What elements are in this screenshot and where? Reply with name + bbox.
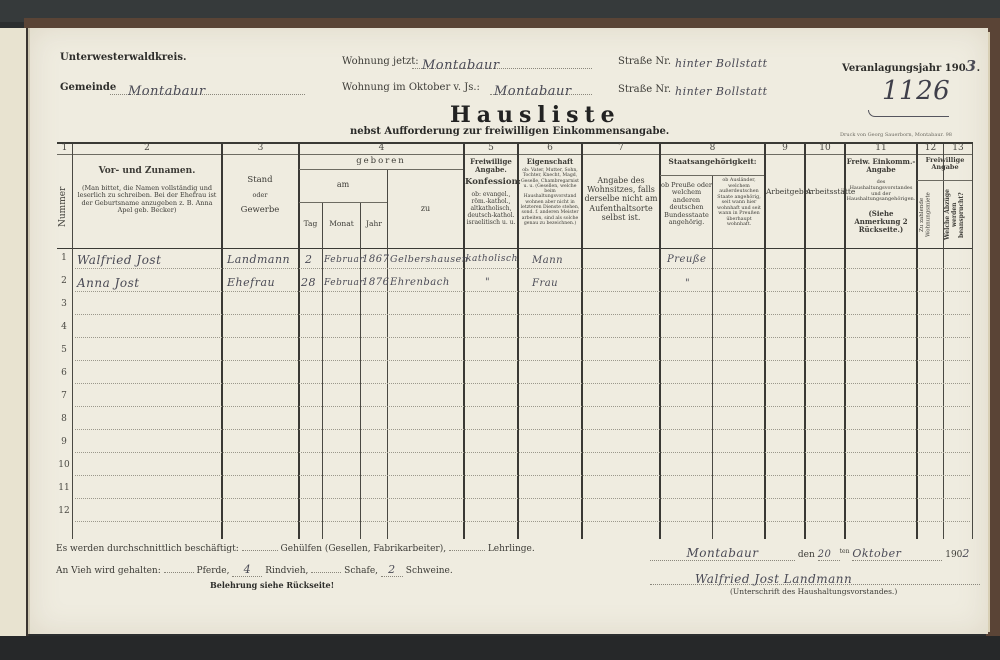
signature-field: Walfried Jost Landmann [650, 568, 980, 585]
colnum-12: 12 [917, 143, 944, 153]
col-divider [916, 144, 918, 539]
place-date-line: Montabaur den 20ten Oktober 1902 [650, 546, 980, 561]
municipality-field: Montabaur [110, 80, 305, 95]
colnum-11: 11 [845, 143, 917, 153]
colnum-10: 10 [805, 143, 845, 153]
livestock-text: An Vieh wird gehalten: [56, 566, 161, 576]
cell-citizenship: Preuße [667, 254, 706, 265]
printer-credit: Druck von Georg Sauerborn, Montabaur. 98 [840, 132, 952, 138]
cell-day: 28 [301, 276, 316, 289]
row-number: 6 [57, 368, 71, 378]
header-arbeitsstaette: Arbeitsstätte [806, 188, 844, 197]
cattle-field: 4 [232, 563, 262, 577]
geboren-rule [299, 169, 463, 170]
employment-line: Es werden durchschnittlich beschäftigt: … [56, 544, 535, 554]
header-wohnsitz: Angabe des Wohnsitzes, falls derselbe ni… [583, 176, 659, 222]
signature-label: (Unterschrift des Haushaltungsvorstandes… [730, 587, 897, 596]
assessment-year-suffix: . [977, 63, 980, 74]
file-number-underline [868, 110, 949, 117]
colnum-8: 8 [660, 143, 765, 153]
col-divider [712, 175, 713, 539]
colnum-5: 5 [464, 143, 518, 153]
cell-relation: Mann [532, 255, 563, 266]
cell-month: Februar [324, 255, 364, 265]
row-line [75, 314, 970, 315]
assistants-label: Gehülfen (Gesellen, Fabrikarbeiter), [281, 544, 447, 554]
row-line [75, 291, 970, 292]
instruction-note: Belehrung siehe Rückseite! [210, 580, 334, 590]
household-list-page: Unterwesterwaldkreis. Gemeinde Montabaur… [28, 28, 988, 634]
col-divider [387, 169, 388, 539]
cell-birthplace: Ehrenbach [390, 277, 450, 288]
cell-religion: katholisch [466, 254, 518, 264]
row-number: 7 [57, 391, 71, 401]
cell-citizenship: " [685, 278, 690, 289]
row-line [75, 498, 970, 499]
header-am: am [299, 180, 387, 189]
row-number: 5 [57, 345, 71, 355]
street-value-1: hinter Bollstatt [675, 57, 768, 70]
col-divider [322, 202, 323, 539]
assessment-year-label: Veranlagungsjahr 190 [842, 63, 966, 74]
header-staat-a: ob Preuße oder welchem anderen deutschen… [661, 182, 712, 227]
header-staat-b: ob Ausländer, welchem außerdeutschen Sta… [714, 178, 764, 228]
day-suffix: ten [840, 548, 850, 555]
book-bottom [0, 636, 1000, 660]
freiw-rule [917, 180, 972, 181]
assistants-field [242, 550, 278, 551]
cell-relation: Frau [532, 278, 558, 289]
cell-name: Walfried Jost [77, 253, 161, 267]
header-gewerbe: Gewerbe [223, 206, 297, 216]
cell-year: 1867 [362, 254, 389, 265]
colnum-1: 1 [57, 143, 72, 153]
header-nummer: Nummer [58, 172, 72, 242]
header-eigen-title: Eigenschaft [519, 158, 581, 166]
header-staat-title: Staatsangehörigkeit: [661, 158, 764, 167]
cattle-label: Rindvieh, [265, 566, 308, 576]
col-divider [221, 144, 223, 539]
street-value-2: hinter Bollstatt [675, 85, 768, 98]
row-number: 3 [57, 299, 71, 309]
place-value: Montabaur [650, 546, 795, 561]
apprentices-field [449, 550, 485, 551]
cell-year: 1876 [362, 277, 389, 288]
district-label: Unterwesterwaldkreis. [60, 52, 186, 63]
cell-day: 2 [305, 253, 313, 266]
cell-religion: " [485, 277, 490, 288]
assessment-year-digit: 3 [966, 57, 977, 75]
den-label: den [798, 550, 815, 560]
row-line [75, 521, 970, 522]
col-divider [298, 144, 300, 539]
row-number: 1 [57, 253, 71, 263]
header-abzuege: Welche Abzüge werden beansprucht? [945, 184, 972, 246]
municipality-label: Gemeinde [60, 82, 116, 93]
header-tag: Tag [299, 220, 322, 229]
header-eink-ref: (Siehe Anmerkung 2 Rückseite.) [846, 210, 916, 234]
form-title: Hausliste [450, 102, 621, 128]
row-line [75, 429, 970, 430]
col-divider [360, 202, 361, 539]
header-bottom-rule [57, 248, 973, 249]
row-line [75, 360, 970, 361]
header-zu: zu [388, 204, 463, 213]
colnum-3: 3 [222, 143, 299, 153]
apprentices-label: Lehrlinge. [488, 544, 535, 554]
pigs-field: 2 [381, 563, 403, 577]
colnum-7: 7 [582, 143, 660, 153]
row-line [75, 337, 970, 338]
am-rule [299, 202, 387, 203]
row-line [75, 475, 970, 476]
signature-value: Walfried Jost Landmann [695, 572, 852, 586]
header-eigen-note: ob: Vater, Mutter, Sohn, Tochter, Knecht… [519, 168, 581, 226]
month-value: Oktober [852, 547, 942, 561]
row-number: 2 [57, 276, 71, 286]
cell-occupation: Landmann [227, 253, 290, 266]
header-monat: Monat [323, 220, 360, 229]
staat-rule [660, 175, 764, 176]
header-names-note: (Man bittet, die Namen vollständig und l… [75, 185, 219, 215]
street-field-2: hinter Bollstatt [675, 80, 825, 99]
household-table: 1 2 3 4 5 6 7 8 9 10 11 12 13 [57, 142, 973, 539]
form-subtitle: nebst Aufforderung zur freiwilligen Eink… [350, 126, 669, 137]
residence-now-label: Wohnung jetzt: [342, 56, 419, 67]
assessment-year: Veranlagungsjahr 1903. [842, 57, 980, 75]
col-divider [804, 144, 806, 539]
cell-month: Februar [324, 278, 364, 288]
row-line [75, 406, 970, 407]
row-number: 9 [57, 437, 71, 447]
sheep-label: Schafe, [344, 566, 378, 576]
header-oder: oder [223, 192, 297, 199]
year-digit: 2 [962, 547, 970, 560]
municipality-value: Montabaur [128, 84, 206, 99]
residence-now-value: Montabaur [422, 58, 500, 73]
colnum-4: 4 [299, 143, 464, 153]
header-freiw-title: Freiwillige Angabe [918, 157, 972, 172]
row-number: 11 [57, 483, 71, 493]
cell-occupation: Ehefrau [227, 276, 275, 289]
pigs-label: Schweine. [406, 566, 453, 576]
row-number: 8 [57, 414, 71, 424]
header-names-title: Vor- und Zunamen. [75, 166, 219, 176]
street-field-1: hinter Bollstatt [675, 52, 825, 71]
header-konf-title: Freiwillige Angabe. [465, 158, 517, 174]
header-konf-label: Konfession: [465, 178, 517, 188]
header-konf-note: ob: evangel., röm.-kathol., altkatholisc… [465, 192, 517, 226]
day-value: 20 [818, 549, 840, 561]
col-divider [764, 144, 766, 539]
row-line [75, 383, 970, 384]
sheep-field [311, 572, 341, 573]
file-number: 1126 [882, 76, 950, 106]
header-eink-title: Freiw. Einkomm.-Angabe [846, 158, 916, 174]
row-line [75, 452, 970, 453]
residence-october-value: Montabaur [494, 84, 572, 99]
col-divider [72, 144, 73, 539]
cell-birthplace: Gelbershausen [390, 254, 468, 265]
header-geboren: geboren [299, 157, 463, 167]
header-miete: Zu zahlende Wohnungsmiete [919, 184, 943, 246]
year-prefix: 190 [945, 550, 962, 560]
colnum-2: 2 [72, 143, 222, 153]
header-stand: Stand [223, 176, 297, 186]
residence-october-label: Wohnung im Oktober v. Js.: [342, 82, 480, 93]
row-number: 10 [57, 460, 71, 470]
row-number: 12 [57, 506, 71, 516]
residence-october-field: Montabaur [490, 80, 592, 95]
col-divider [844, 144, 846, 539]
horses-field [164, 572, 194, 573]
street-label-1: Straße Nr. [618, 56, 671, 67]
header-eink-note: des Haushaltungsvorstandes und der Haush… [846, 180, 916, 203]
row-line [75, 268, 970, 269]
colnum-13: 13 [944, 143, 972, 153]
header-arbeitgeber: Arbeitgeber [766, 188, 804, 197]
residence-now-field: Montabaur [412, 54, 592, 69]
cell-name: Anna Jost [77, 276, 140, 290]
row-number: 4 [57, 322, 71, 332]
colnum-6: 6 [518, 143, 582, 153]
header-jahr: Jahr [361, 220, 387, 229]
street-label-2: Straße Nr. [618, 84, 671, 95]
previous-page-edge [0, 28, 29, 640]
livestock-line: An Vieh wird gehalten: Pferde, 4 Rindvie… [56, 563, 453, 577]
horses-label: Pferde, [197, 566, 230, 576]
colnum-9: 9 [765, 143, 805, 153]
col-divider [972, 144, 973, 539]
employed-text: Es werden durchschnittlich beschäftigt: [56, 544, 239, 554]
colnum-rule [57, 154, 973, 155]
